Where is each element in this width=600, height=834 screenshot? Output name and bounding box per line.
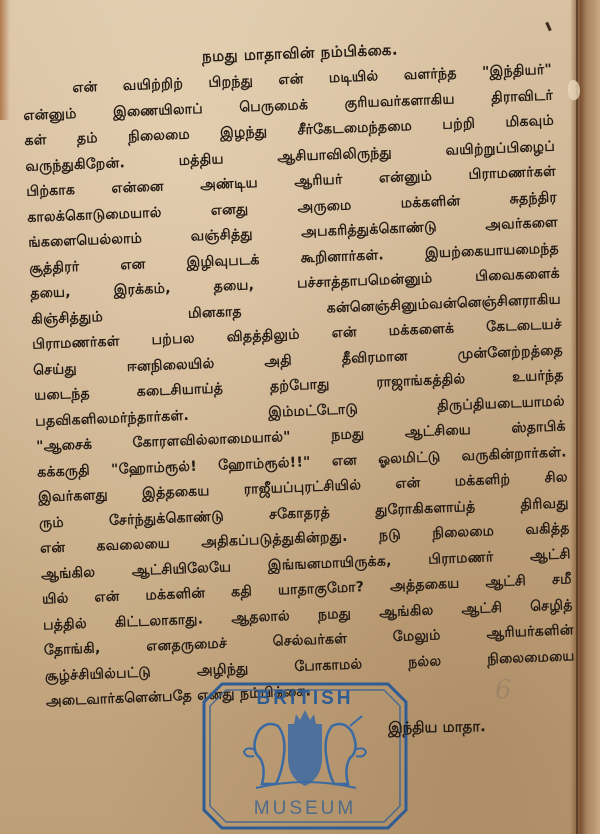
book-spine [570,0,600,834]
page-left-edge [0,0,10,120]
page-tear [568,80,580,100]
stamp-text-museum: MUSEUM [200,798,410,820]
body-text: என் வயிற்றிற் பிறந்து என் மடியில் வளர்ந்… [22,58,576,715]
lion-icon [254,724,284,784]
pencil-annotation: 6 [495,675,512,705]
scanned-page: நமது மாதாவின் நம்பிக்கை. என் வயிற்றிற் ப… [0,0,600,834]
signature: இந்திய மாதா. [388,717,486,739]
crown-icon [294,710,316,724]
spine-fold-line [576,0,578,834]
stamp-text-british: BRITISH [200,688,410,710]
ink-mark [545,22,552,31]
shield-icon [288,724,322,786]
unicorn-icon [326,724,356,784]
british-museum-stamp: BRITISH MUSEUM [200,680,410,832]
